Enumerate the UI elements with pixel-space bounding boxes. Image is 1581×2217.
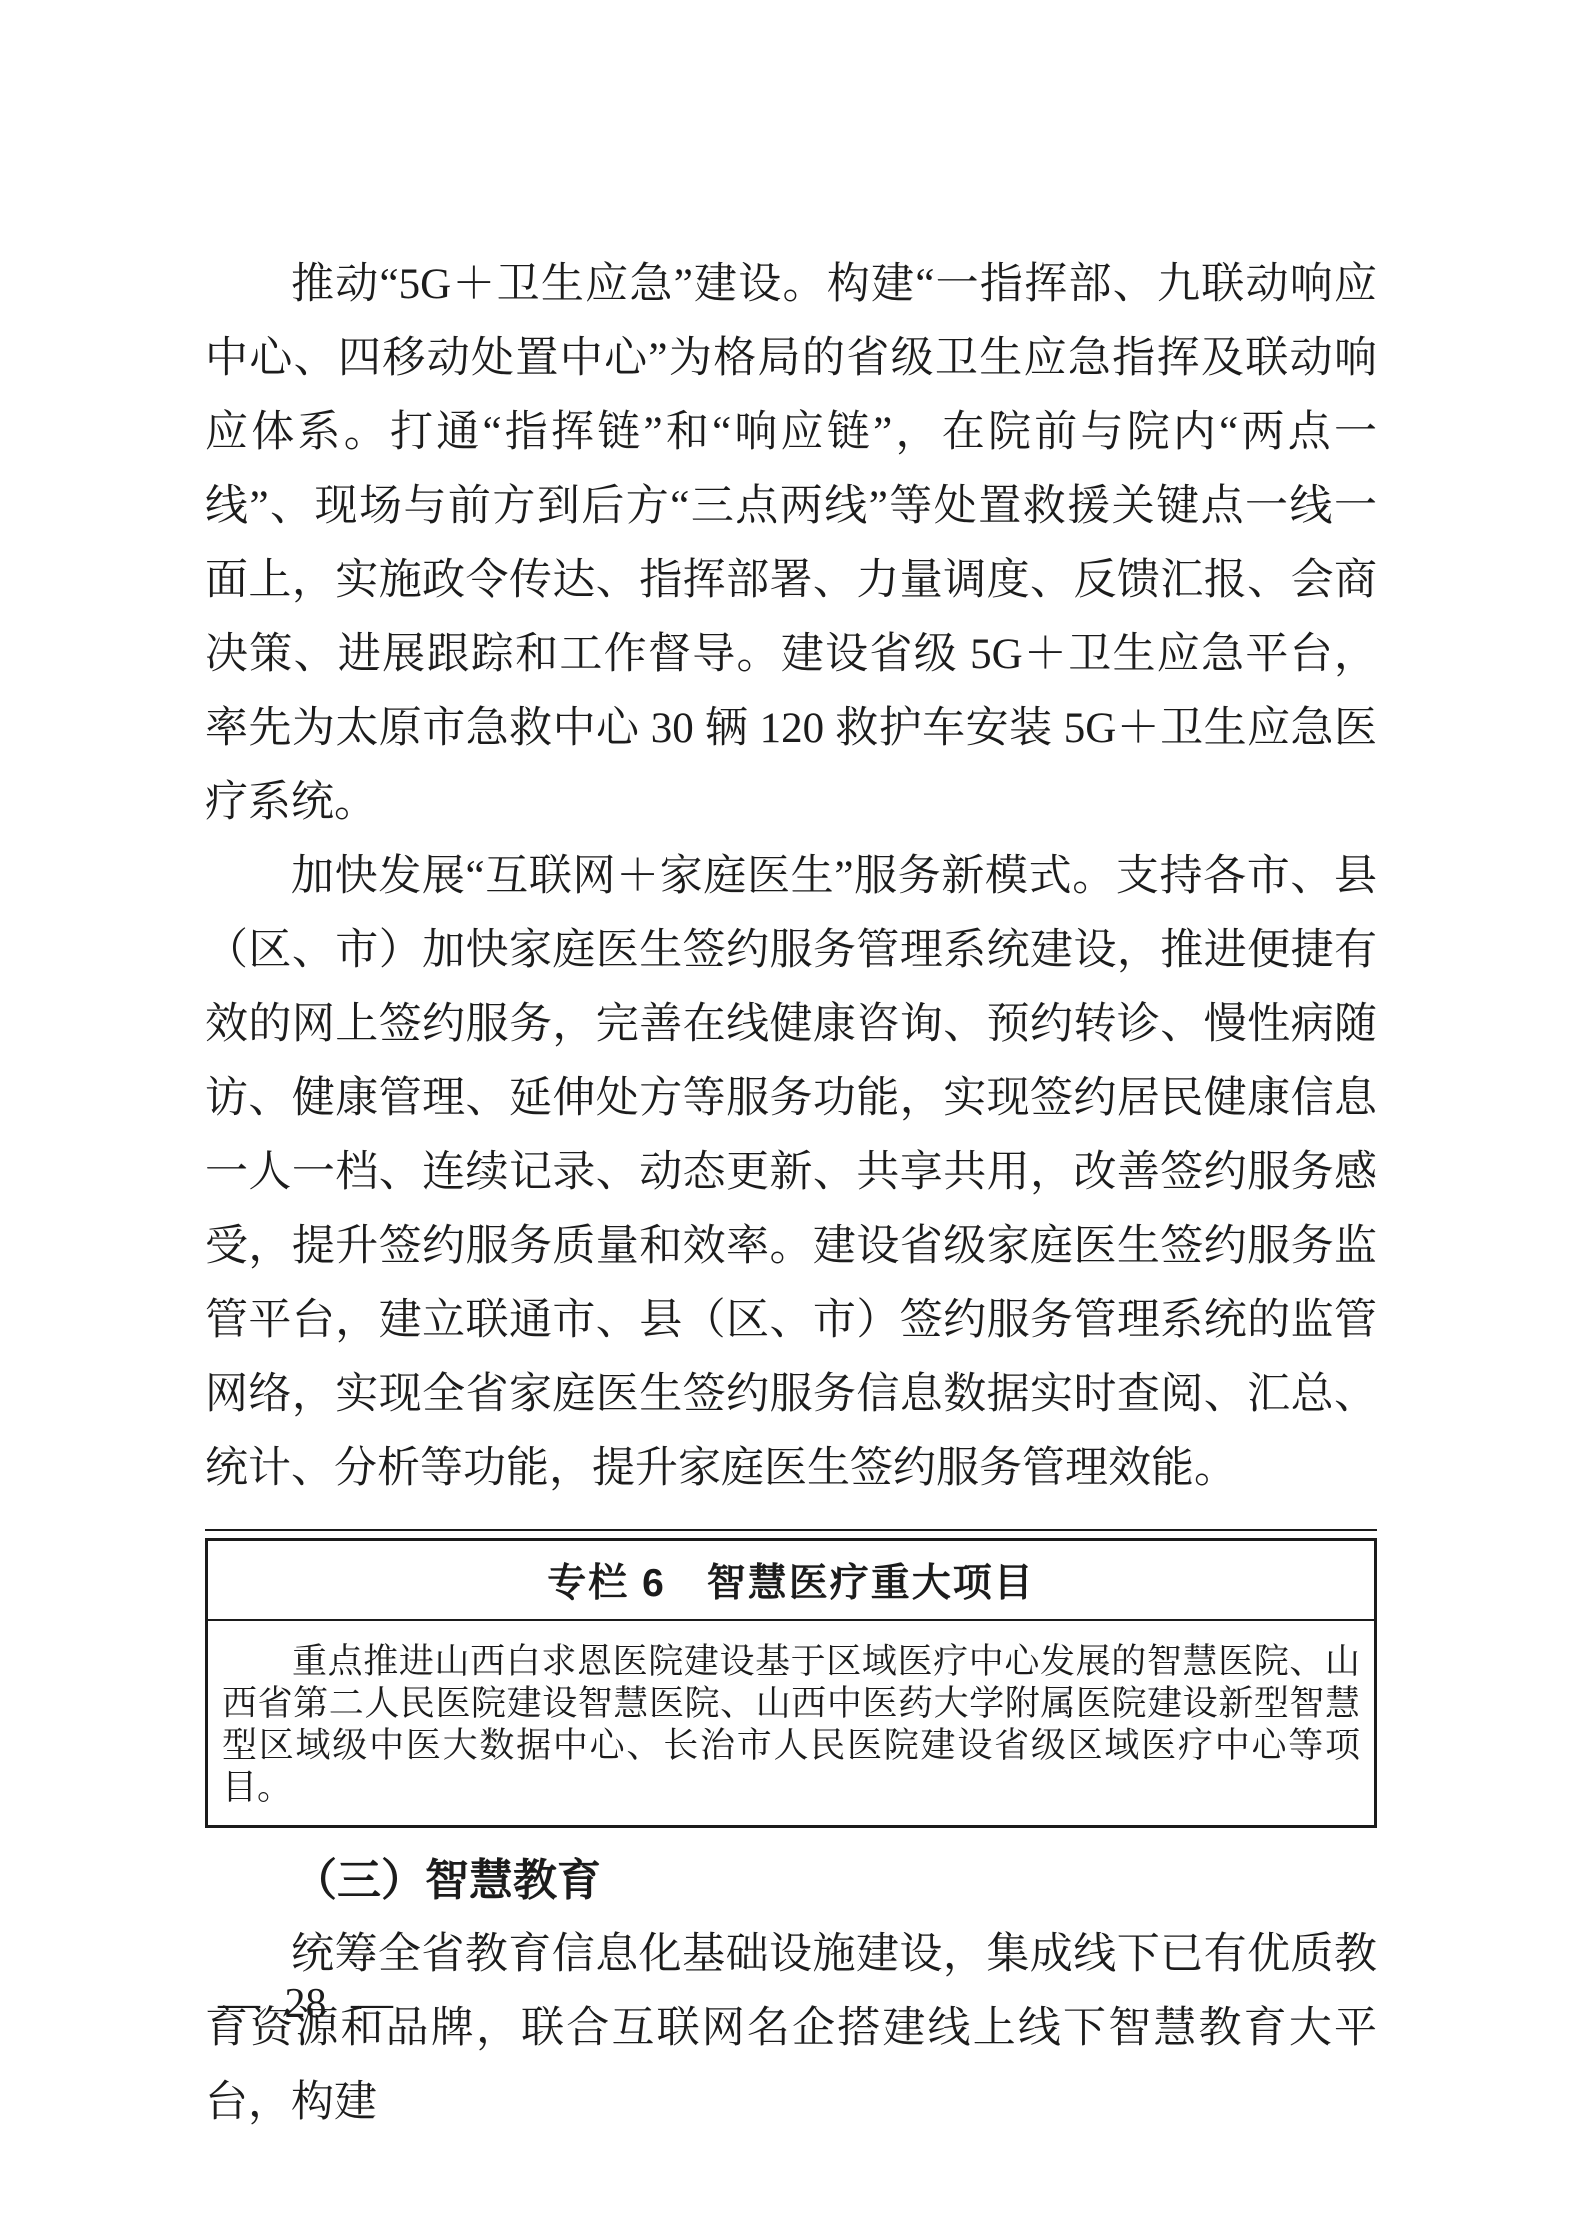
page-number: — 28 — — [218, 1967, 393, 2041]
section-heading-smart-education: （三）智慧教育 — [205, 1844, 1377, 1918]
paragraph-internet-family-doctor: 加快发展“互联网＋家庭医生”服务新模式。支持各市、县（区、市）加快家庭医生签约服… — [205, 840, 1377, 1506]
column-box: 专栏 6 智慧医疗重大项目 重点推进山西白求恩医院建设基于区域医疗中心发展的智慧… — [205, 1538, 1377, 1828]
column-box-title: 专栏 6 智慧医疗重大项目 — [208, 1541, 1374, 1621]
paragraph-5g-health-emergency: 推动“5G＋卫生应急”建设。构建“一指挥部、九联动响应中心、四移动处置中心”为格… — [205, 248, 1377, 840]
document-page: 推动“5G＋卫生应急”建设。构建“一指挥部、九联动响应中心、四移动处置中心”为格… — [0, 0, 1581, 2217]
column-box-wrapper: 专栏 6 智慧医疗重大项目 重点推进山西白求恩医院建设基于区域医疗中心发展的智慧… — [205, 1529, 1377, 1828]
column-box-content: 重点推进山西白求恩医院建设基于区域医疗中心发展的智慧医院、山西省第二人民医院建设… — [208, 1621, 1374, 1825]
document-body: 推动“5G＋卫生应急”建设。构建“一指挥部、九联动响应中心、四移动处置中心”为格… — [205, 248, 1377, 2140]
